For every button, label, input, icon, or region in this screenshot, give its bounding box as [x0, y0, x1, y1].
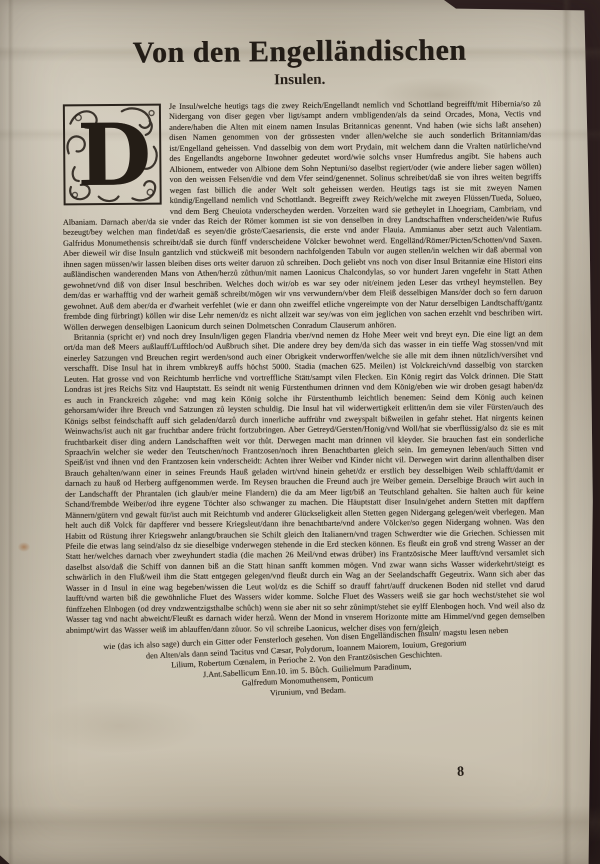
body-text-block: D Je Insul/welche heutigs tags die zwey …: [62, 99, 546, 699]
printed-page: Von den Engelländischen Insulen.: [0, 0, 600, 700]
drop-cap-letter: D: [77, 105, 152, 205]
book-photo: Von den Engelländischen Insulen.: [0, 0, 600, 864]
signature-mark: 8: [457, 765, 465, 781]
tapered-colophon: wie (das ich also sage) durch ein Gitter…: [66, 624, 547, 707]
ornate-initial-woodcut: D: [62, 103, 163, 206]
page-subtitle: Insulen.: [0, 70, 600, 92]
page-title: Von den Engelländischen: [0, 34, 600, 71]
paragraph-2: Britannia (spricht er) vnd noch drey Ins…: [64, 329, 545, 636]
